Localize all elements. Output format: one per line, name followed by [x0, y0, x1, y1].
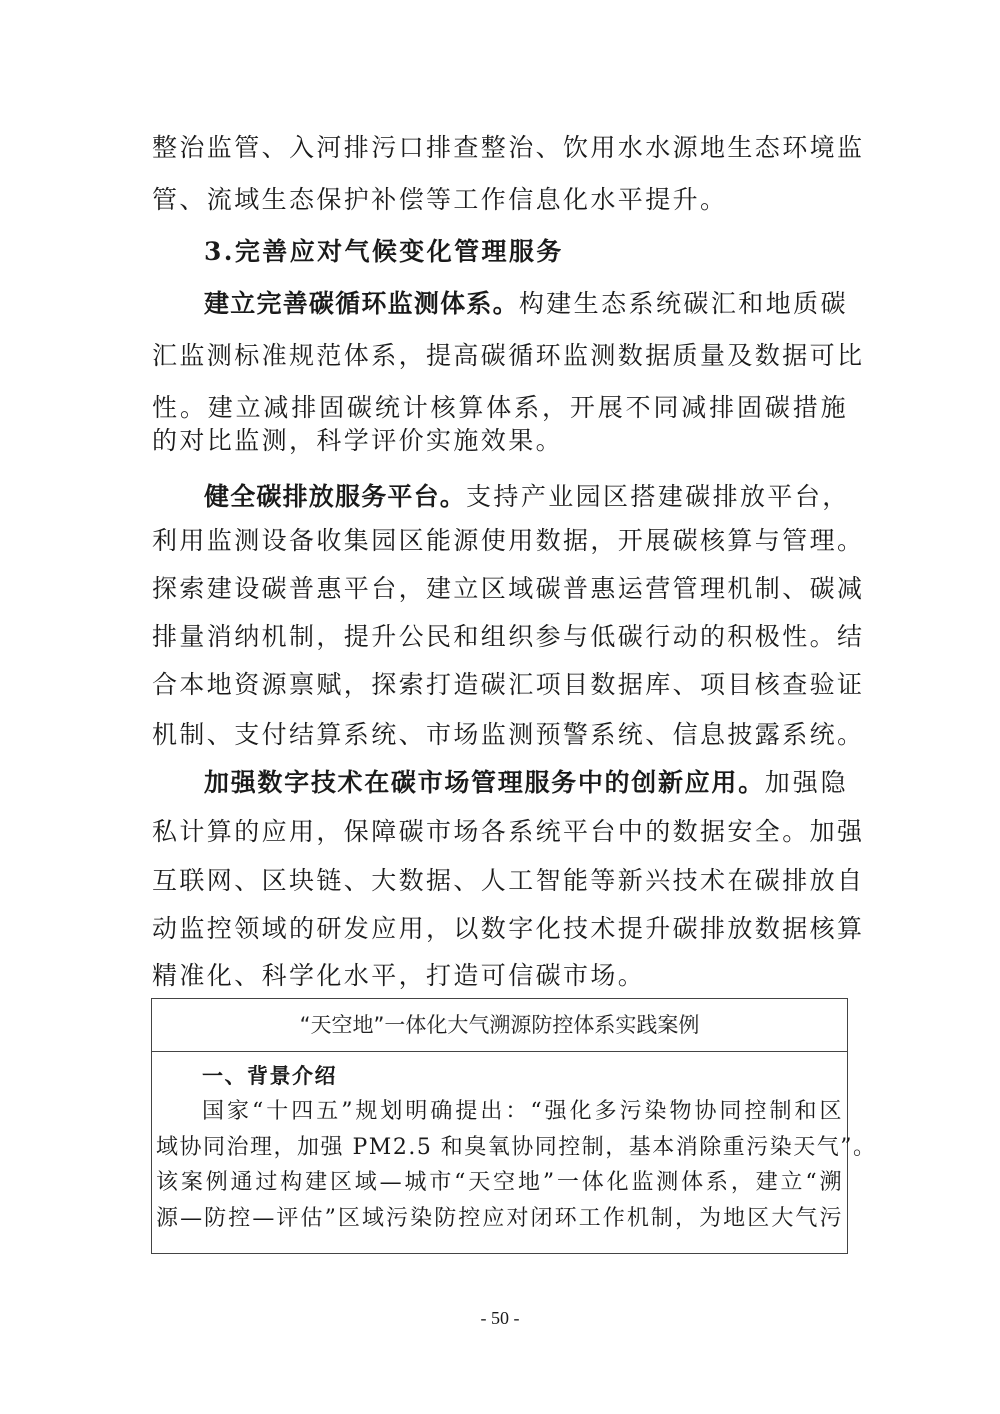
body-text-line: 私计算的应用，保障碳市场各系统平台中的数据安全。加强 — [152, 817, 848, 847]
body-text-line: 互联网、区块链、大数据、人工智能等新兴技术在碳排放自 — [152, 866, 848, 896]
paragraph-text: 支持产业园区搭建碳排放平台， — [466, 482, 850, 511]
paragraph-1-line-1: 建立完善碳循环监测体系。构建生态系统碳汇和地质碳 — [152, 289, 848, 319]
body-text-line: 合本地资源禀赋，探索打造碳汇项目数据库、项目核查验证 — [152, 670, 848, 700]
case-text-line: 国家“十四五”规划明确提出：“强化多污染物协同控制和区 — [152, 1098, 847, 1126]
paragraph-3-line-1: 加强数字技术在碳市场管理服务中的创新应用。加强隐 — [152, 768, 848, 798]
paragraph-2-line-1: 健全碳排放服务平台。支持产业园区搭建碳排放平台， — [152, 482, 848, 512]
body-text-line: 机制、支付结算系统、市场监测预警系统、信息披露系统。 — [152, 720, 848, 750]
case-study-title: “天空地”一体化大气溯源防控体系实践案例 — [152, 999, 847, 1052]
body-text-line: 精准化、科学化水平，打造可信碳市场。 — [152, 961, 848, 991]
case-study-box: “天空地”一体化大气溯源防控体系实践案例 一、背景介绍 国家“十四五”规划明确提… — [151, 998, 848, 1254]
document-page: 整治监管、入河排污口排查整治、饮用水水源地生态环境监 管、流域生态保护补偿等工作… — [0, 0, 1000, 1414]
paragraph-lead: 建立完善碳循环监测体系。 — [204, 289, 519, 318]
body-text-line: 管、流域生态保护补偿等工作信息化水平提升。 — [152, 185, 848, 215]
body-text-line: 性。建立减排固碳统计核算体系，开展不同减排固碳措施 — [152, 393, 848, 423]
paragraph-lead: 健全碳排放服务平台。 — [204, 482, 466, 511]
body-text-line: 汇监测标准规范体系，提高碳循环监测数据质量及数据可比 — [152, 341, 848, 371]
paragraph-text: 构建生态系统碳汇和地质碳 — [519, 289, 848, 318]
case-text-line: 该案例通过构建区域—城市“天空地”一体化监测体系，建立“溯 — [152, 1169, 847, 1197]
paragraph-lead: 加强数字技术在碳市场管理服务中的创新应用。 — [204, 768, 765, 797]
body-text-line: 动监控领域的研发应用，以数字化技术提升碳排放数据核算 — [152, 914, 848, 944]
section-heading: 3.完善应对气候变化管理服务 — [152, 237, 848, 267]
body-text-line: 的对比监测，科学评价实施效果。 — [152, 426, 848, 456]
page-number: - 50 - — [0, 1308, 1000, 1329]
body-text-line: 排量消纳机制，提升公民和组织参与低碳行动的积极性。结 — [152, 622, 848, 652]
case-subheading: 一、背景介绍 — [152, 1062, 847, 1090]
body-text-line: 整治监管、入河排污口排查整治、饮用水水源地生态环境监 — [152, 133, 848, 163]
paragraph-text: 加强隐 — [765, 768, 848, 797]
body-text-line: 探索建设碳普惠平台，建立区域碳普惠运营管理机制、碳减 — [152, 574, 848, 604]
case-text-line: 源—防控—评估”区域污染防控应对闭环工作机制，为地区大气污 — [152, 1205, 847, 1233]
case-text-line: 域协同治理，加强 PM2.5 和臭氧协同控制，基本消除重污染天气”。 — [152, 1134, 847, 1162]
body-text-line: 利用监测设备收集园区能源使用数据，开展碳核算与管理。 — [152, 526, 848, 556]
